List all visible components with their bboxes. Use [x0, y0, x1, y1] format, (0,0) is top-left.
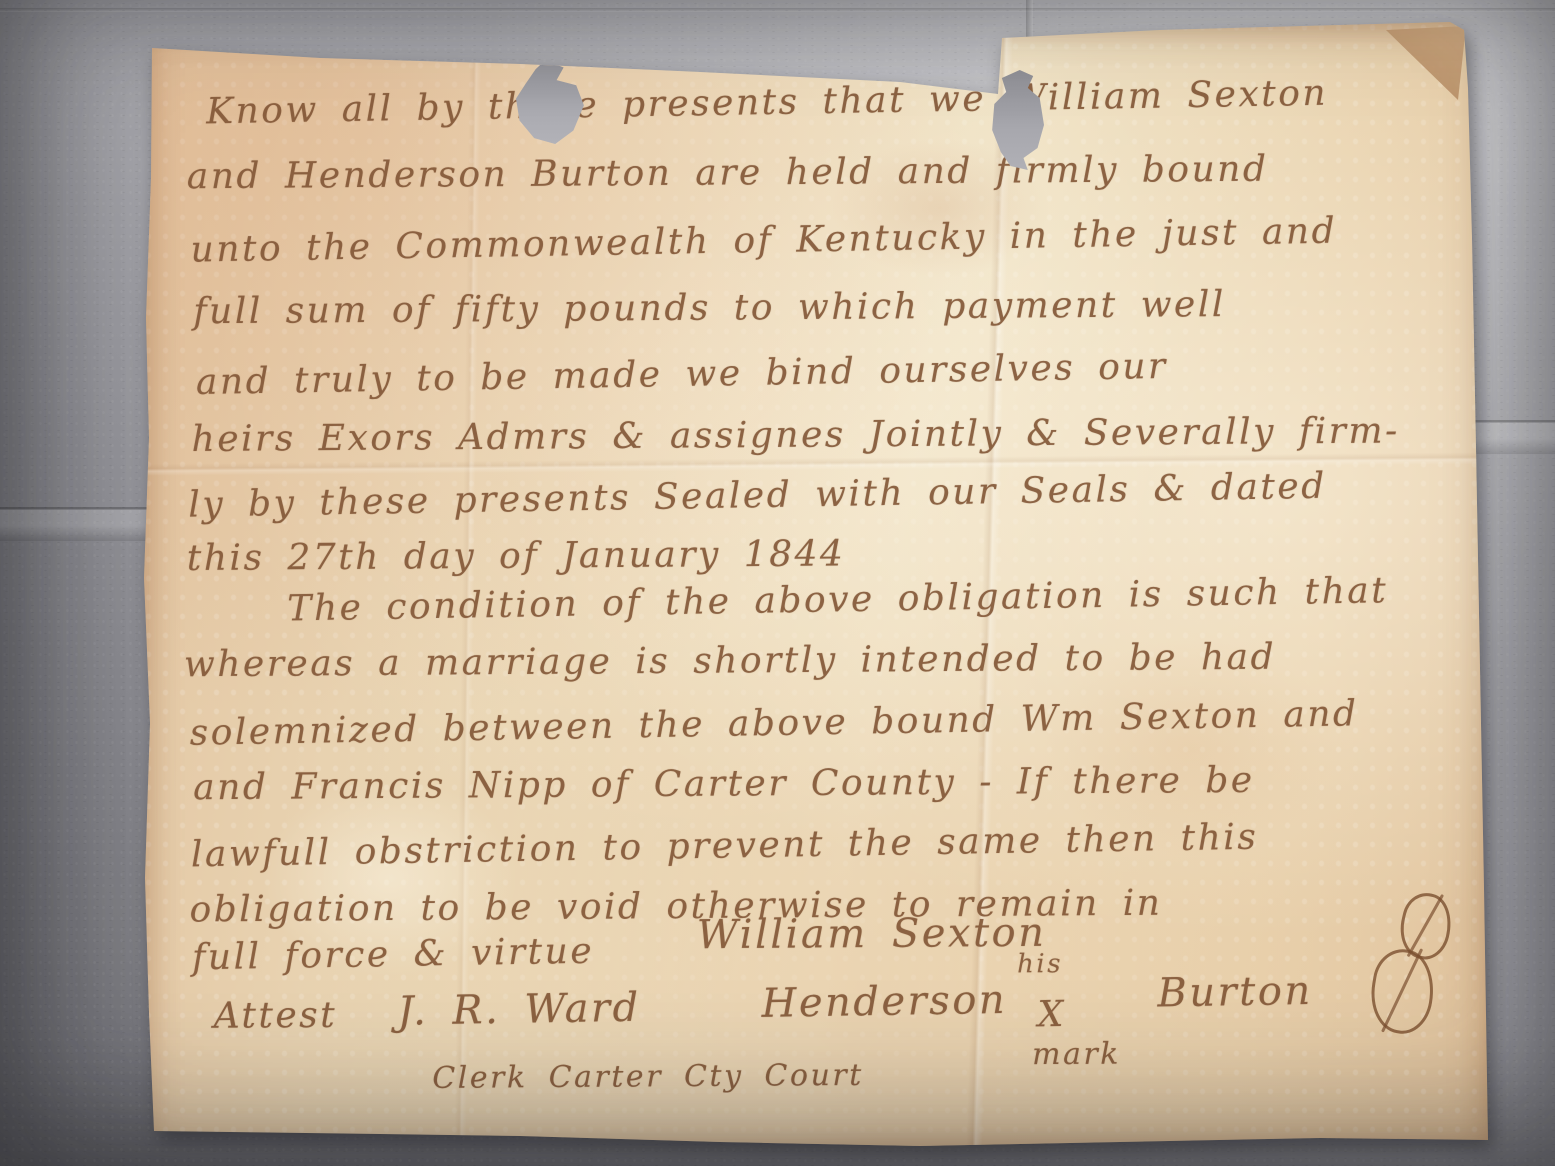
handwritten-line: ly by these presents Sealed with our Sea…	[188, 466, 1327, 526]
document-paper: Know all by these presents that we Willi…	[140, 18, 1492, 1148]
signature-jr-ward: J. R. Ward	[397, 985, 641, 1035]
handwriting-layer: Know all by these presents that we Willi…	[139, 4, 1503, 1148]
handwritten-line: heirs Exors Admrs & assignes Jointly & S…	[191, 411, 1399, 460]
handwritten-line: Know all by these presents that we Willi…	[206, 73, 1329, 133]
surface-seam-top-horizontal	[0, 8, 1555, 12]
handwritten-line-closing: full force & virtue	[192, 931, 595, 979]
attest-title: Clerk Carter Cty Court	[432, 1058, 864, 1096]
signature-william-sexton: William Sexton	[697, 910, 1047, 958]
handwritten-line: whereas a marriage is shortly intended t…	[184, 637, 1276, 686]
signature-burton: Burton	[1157, 968, 1313, 1017]
handwritten-line: this 27th day of January 1844	[187, 533, 846, 579]
mark-word: mark	[1032, 1037, 1121, 1073]
handwritten-line: The condition of the above obligation is…	[287, 570, 1388, 629]
attest-label: Attest	[213, 995, 337, 1037]
x-mark: X	[1037, 994, 1066, 1035]
handwritten-line: lawfull obstriction to prevent the same …	[191, 817, 1259, 876]
handwritten-line: solemnized between the above bound Wm Se…	[189, 693, 1359, 753]
handwritten-line: unto the Commonwealth of Kentucky in the…	[190, 211, 1337, 271]
document-paper-wrapper: Know all by these presents that we Willi…	[140, 18, 1492, 1148]
handwritten-line: full sum of fifty pounds to which paymen…	[193, 284, 1226, 332]
signature-henderson: Henderson	[761, 977, 1007, 1027]
his-word: his	[1017, 949, 1063, 979]
photo-background: Know all by these presents that we Willi…	[0, 0, 1555, 1166]
handwritten-line: and truly to be made we bind ourselves o…	[196, 346, 1168, 403]
handwritten-line: and Henderson Burton are held and firmly…	[187, 149, 1269, 198]
handwritten-line: and Francis Nipp of Carter County - If t…	[193, 760, 1255, 808]
